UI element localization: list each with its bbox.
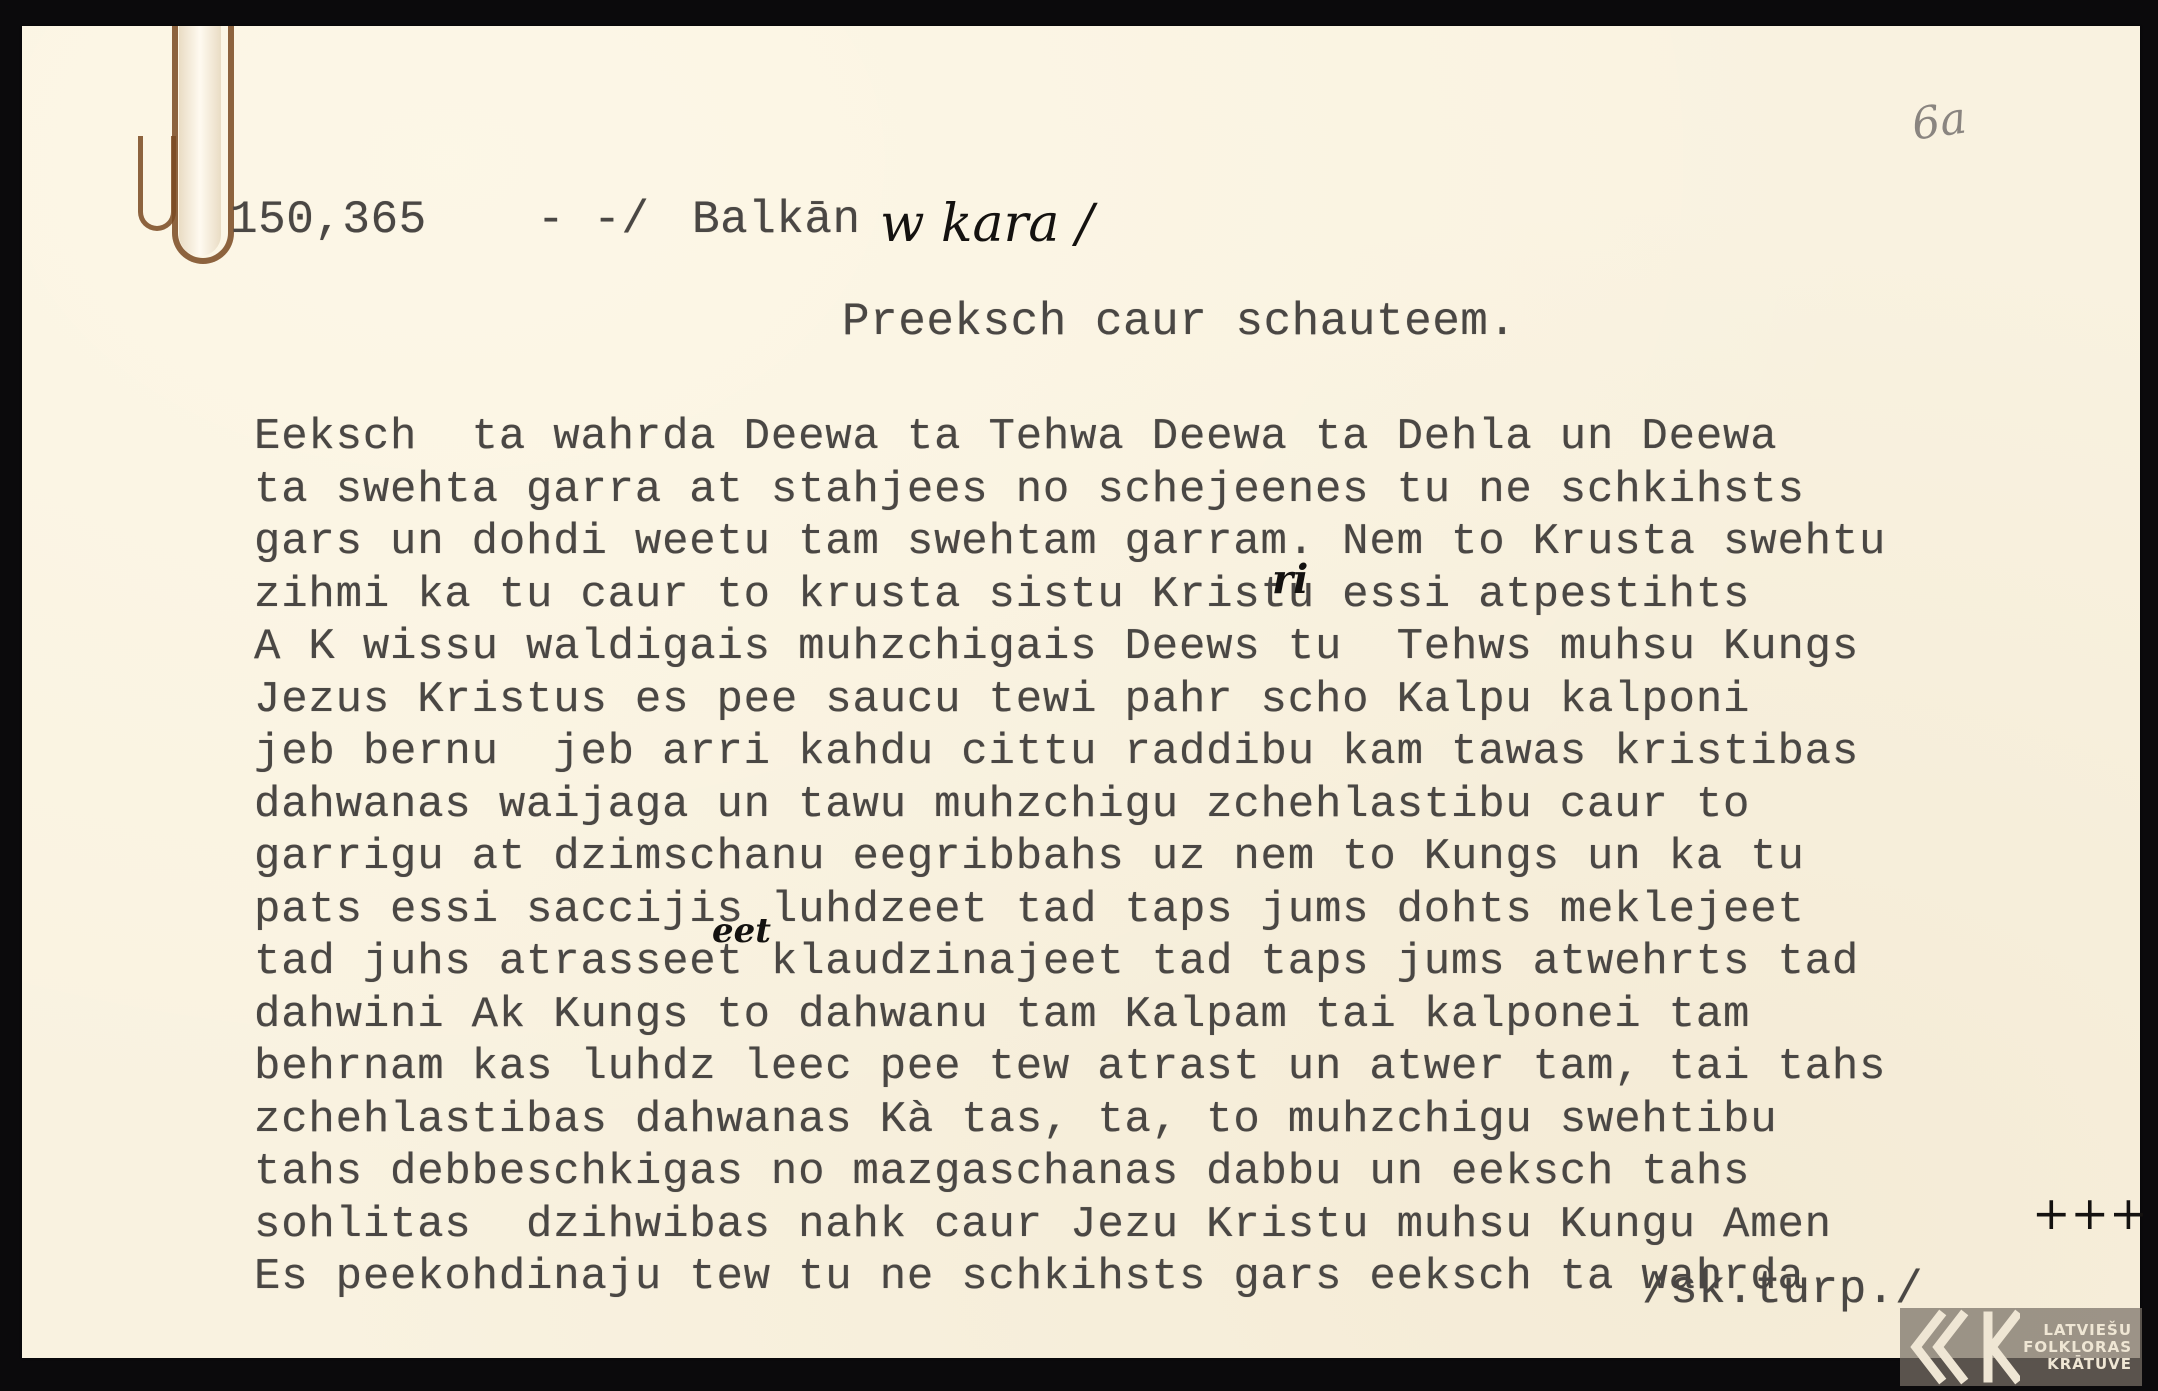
body-line: Eeksch ta wahrda Deewa ta Tehwa Deewa ta… bbox=[254, 411, 1886, 464]
header-handwritten-correction: w kara / bbox=[880, 194, 1093, 254]
body-line: gars un dohdi weetu tam swehtam garram. … bbox=[254, 516, 1886, 569]
rust-stain-right bbox=[172, 26, 234, 264]
body-line: Jezus Kristus es pee saucu tewi pahr sch… bbox=[254, 674, 1886, 727]
body-line: tahs debbeschkigas no mazgaschanas dabbu… bbox=[254, 1146, 1886, 1199]
archive-name: LATVIEŠU FOLKLORAS KRĀTUVE bbox=[2020, 1322, 2142, 1373]
record-number: 150,365 bbox=[230, 194, 427, 246]
body-line: jeb bernu jeb arri kahdu cittu raddibu k… bbox=[254, 726, 1886, 779]
handwritten-correction-ri: ri bbox=[1272, 556, 1308, 603]
scan-frame: 6a 150,365 - -/ Balkān w kara / Preeksch… bbox=[0, 0, 2158, 1391]
body-line: zihmi ka tu caur to krusta sistu Kristu … bbox=[254, 569, 1886, 622]
header-place: Balkān bbox=[692, 194, 861, 246]
archive-name-line1: LATVIEŠU bbox=[2020, 1322, 2132, 1339]
closing-note: /sk.turp./ bbox=[1642, 1264, 1923, 1316]
body-line: dahwanas waijaga un tawu muhzchigu zcheh… bbox=[254, 779, 1886, 832]
document-title: Preeksch caur schauteem. bbox=[842, 296, 1517, 348]
body-line: garrigu at dzimschanu eegribbahs uz nem … bbox=[254, 831, 1886, 884]
body-line: sohlitas dzihwibas nahk caur Jezu Kristu… bbox=[254, 1199, 1886, 1252]
rust-stain-left bbox=[138, 136, 176, 231]
index-card: 6a 150,365 - -/ Balkān w kara / Preeksch… bbox=[22, 26, 2140, 1358]
page-mark-handwritten: 6a bbox=[1909, 92, 1970, 150]
archive-name-line2: FOLKLORAS bbox=[2020, 1339, 2132, 1356]
body-line: zchehlastibas dahwanas Kà tas, ta, to mu… bbox=[254, 1094, 1886, 1147]
body-line: dahwini Ak Kungs to dahwanu tam Kalpam t… bbox=[254, 989, 1886, 1042]
handwritten-correction-eet: eet bbox=[712, 911, 771, 951]
body-text: Eeksch ta wahrda Deewa ta Tehwa Deewa ta… bbox=[254, 411, 1886, 1304]
body-line: tad juhs atrasseet klaudzinajeet tad tap… bbox=[254, 936, 1886, 989]
body-line: behrnam kas luhdz leec pee tew atrast un… bbox=[254, 1041, 1886, 1094]
body-line: ta swehta garra at stahjees no schejeene… bbox=[254, 464, 1886, 517]
archive-watermark: LATVIEŠU FOLKLORAS KRĀTUVE bbox=[1900, 1308, 2142, 1386]
body-line: pats essi saccijis luhdzeet tad taps jum… bbox=[254, 884, 1886, 937]
handwritten-crosses: +++ bbox=[2032, 1186, 2148, 1240]
header-dashes: - -/ bbox=[537, 194, 649, 246]
archive-name-line3: KRĀTUVE bbox=[2020, 1356, 2132, 1373]
body-line: A K wissu waldigais muhzchigais Deews tu… bbox=[254, 621, 1886, 674]
lfk-logo-icon bbox=[1900, 1308, 2020, 1386]
